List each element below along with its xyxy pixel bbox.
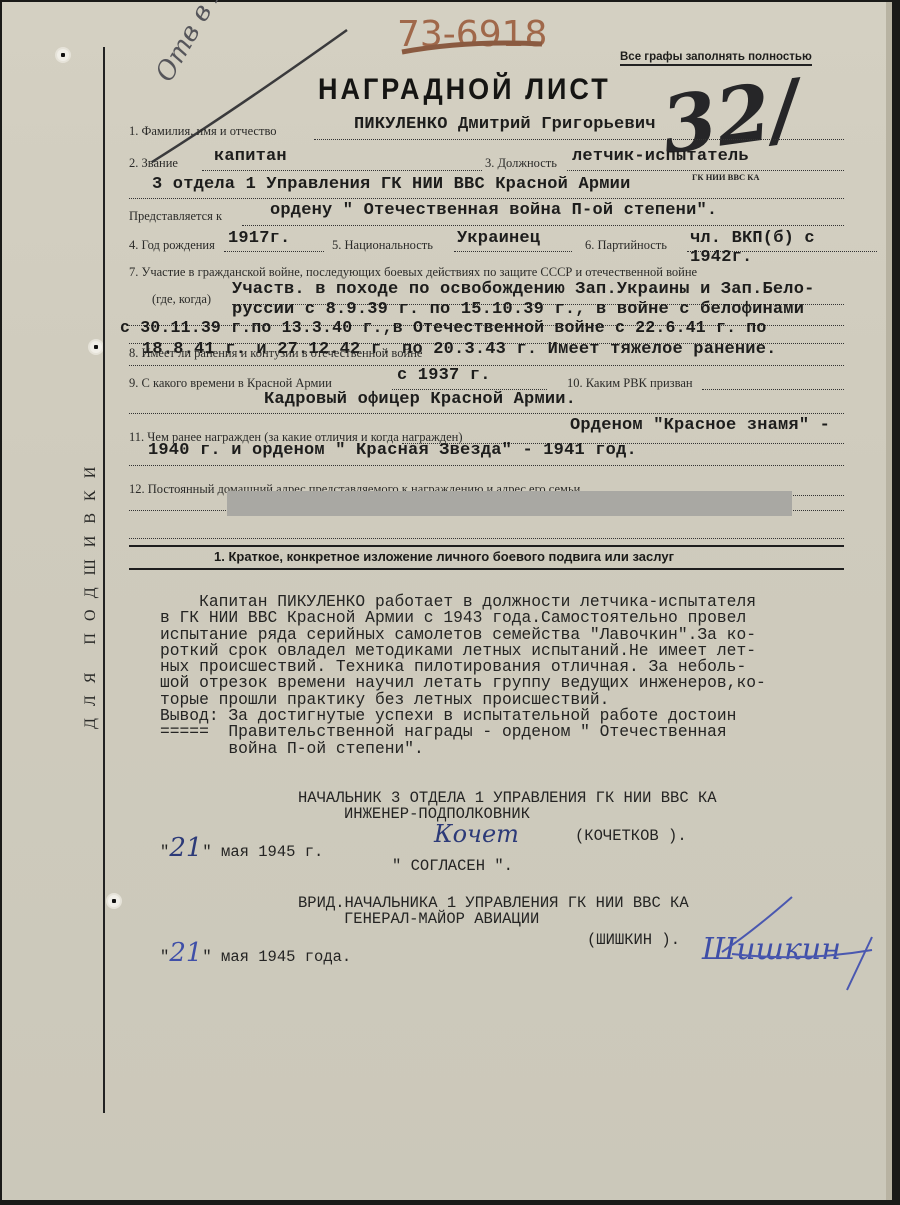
field-10-label: 10. Каким РВК призван <box>567 376 693 391</box>
presented-value: ордену " Отечественная война П-ой степен… <box>270 201 717 220</box>
field-7-sublabel: (где, когда) <box>152 292 211 307</box>
punch-hole <box>90 341 102 353</box>
field-2-label: 2. Звание <box>129 156 178 171</box>
signatory-1-name: (КОЧЕТКОВ ). <box>575 828 687 844</box>
date-1-rest: мая 1945 г. <box>221 843 323 861</box>
date-2: "21" мая 1945 года. <box>160 945 351 965</box>
field-4-value: 1917г. <box>228 229 290 248</box>
field-11-line-2 <box>129 465 844 466</box>
strikeout-stroke <box>397 32 547 62</box>
signatory-1-title: НАЧАЛЬНИК 3 ОТДЕЛА 1 УПРАВЛЕНИЯ ГК НИИ В… <box>298 790 717 806</box>
page-title: НАГРАДНОЙ ЛИСТ <box>318 72 611 106</box>
signature-2-stroke <box>672 892 882 992</box>
presented-line <box>242 225 844 226</box>
signatory-2-name: (ШИШКИН ). <box>587 932 680 948</box>
field-7-value-line: с 30.11.39 г.по 13.3.40 г.,в Отечественн… <box>120 318 767 337</box>
section-rule-top <box>129 545 844 547</box>
date-2-day: 21 <box>169 938 202 968</box>
punch-hole <box>57 49 69 61</box>
field-1-label: 1. Фамилия, имя и отчество <box>129 124 277 139</box>
field-6-label: 6. Партийность <box>585 238 667 253</box>
field-12-line-3 <box>129 538 844 539</box>
field-7-value-line: Участв. в походе по освобождению Зап.Укр… <box>232 280 815 299</box>
field-5-value: Украинец <box>457 229 540 248</box>
instruction-text: Все графы заполнять полностью <box>620 51 812 66</box>
field-3-label: 3. Должность <box>485 156 557 171</box>
approval-text: " СОГЛАСЕН ". <box>392 858 513 874</box>
binding-margin-label: ДЛЯ ПОДШИВКИ <box>82 432 106 752</box>
signature-1: Кочет <box>434 820 519 848</box>
date-1-day: 21 <box>169 833 202 863</box>
field-6-value: чл. ВКП(б) с 1942г. <box>690 229 886 267</box>
field-7-label: 7. Участие в гражданской войне, последую… <box>129 265 697 280</box>
field-1-line <box>314 139 844 140</box>
redacted-address-block <box>227 491 792 516</box>
field-10-value: Кадровый офицер Красной Армии. <box>264 390 576 409</box>
field-3-line-2 <box>129 198 844 199</box>
field-10-line-2 <box>129 413 844 414</box>
presented-label: Представляется к <box>129 209 222 224</box>
field-8-label: 8. Имеет ли ранения и контузии в отечест… <box>129 346 422 361</box>
field-11-value-line2: 1940 г. и орденом " Красная Звезда" - 19… <box>148 441 637 460</box>
field-7-value-line: руссии с 8.9.39 г. по 15.10.39 г., в вой… <box>232 300 804 319</box>
field-5-line <box>454 251 572 252</box>
punch-hole <box>108 895 120 907</box>
field-5-label: 5. Национальность <box>332 238 433 253</box>
field-3-value: летчик-испытатель <box>572 147 749 166</box>
field-4-line <box>224 251 324 252</box>
field-10-line <box>702 389 844 390</box>
date-1: "21" мая 1945 г. <box>160 840 323 860</box>
award-sheet-page: ДЛЯ ПОДШИВКИ Отв в II сек 73-6918 32/ Вс… <box>2 2 892 1200</box>
field-3-line <box>567 170 844 171</box>
field-9-label: 9. С какого времени в Красной Армии <box>129 376 332 391</box>
section-1-body: Капитан ПИКУЛЕНКО работает в должности л… <box>160 594 766 757</box>
field-1-value: ПИКУЛЕНКО Дмитрий Григорьевич <box>354 115 656 134</box>
date-2-rest: мая 1945 года. <box>221 948 351 966</box>
signatory-2-rank: ГЕНЕРАЛ-МАЙОР АВИАЦИИ <box>344 911 539 927</box>
field-4-label: 4. Год рождения <box>129 238 215 253</box>
section-1-heading: 1. Краткое, конкретное изложение личного… <box>214 549 674 564</box>
field-3-value-line2: 3 отдела 1 Управления ГК НИИ ВВС Красной… <box>152 175 630 194</box>
section-rule-bottom <box>129 568 844 570</box>
field-2-line <box>202 170 482 171</box>
body-line: война П-ой степени". <box>160 741 766 757</box>
field-11-value-line1: Орденом "Красное знамя" - <box>570 416 830 435</box>
signatory-2-title: ВРИД.НАЧАЛЬНИКА 1 УПРАВЛЕНИЯ ГК НИИ ВВС … <box>298 895 689 911</box>
field-3-annotation: ГК НИИ ВВС КА <box>692 172 760 182</box>
field-9-value: с 1937 г. <box>397 366 491 385</box>
field-2-value: капитан <box>214 147 287 166</box>
